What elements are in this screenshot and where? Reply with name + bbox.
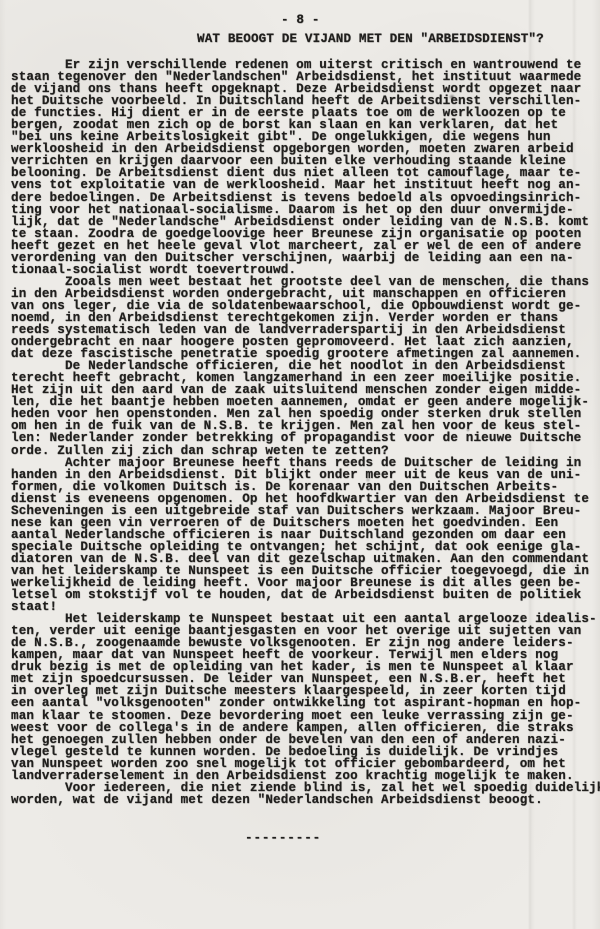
paragraph: Er zijn verschillende redenen om uiterst… [11,59,599,276]
closing-divider: --------- [245,831,321,845]
document-body: Er zijn verschillende redenen om uiterst… [11,59,599,806]
document-title: WAT BEOOGT DE VIJAND MET DEN "ARBEIDSDIE… [197,32,544,46]
paragraph: Achter majoor Breunese heeft thans reeds… [11,457,599,614]
paragraph: De Nederlandsche officieren, die het noo… [11,360,599,456]
page-number: - 8 - [281,13,320,27]
paragraph: Zooals men weet bestaat het grootste dee… [11,276,599,360]
paragraph: Het leiderskamp te Nunspeet bestaat uit … [11,613,599,782]
document-page: - 8 - WAT BEOOGT DE VIJAND MET DEN "ARBE… [0,0,600,929]
paragraph: Voor iedereen, die niet ziende blind is,… [11,782,599,806]
